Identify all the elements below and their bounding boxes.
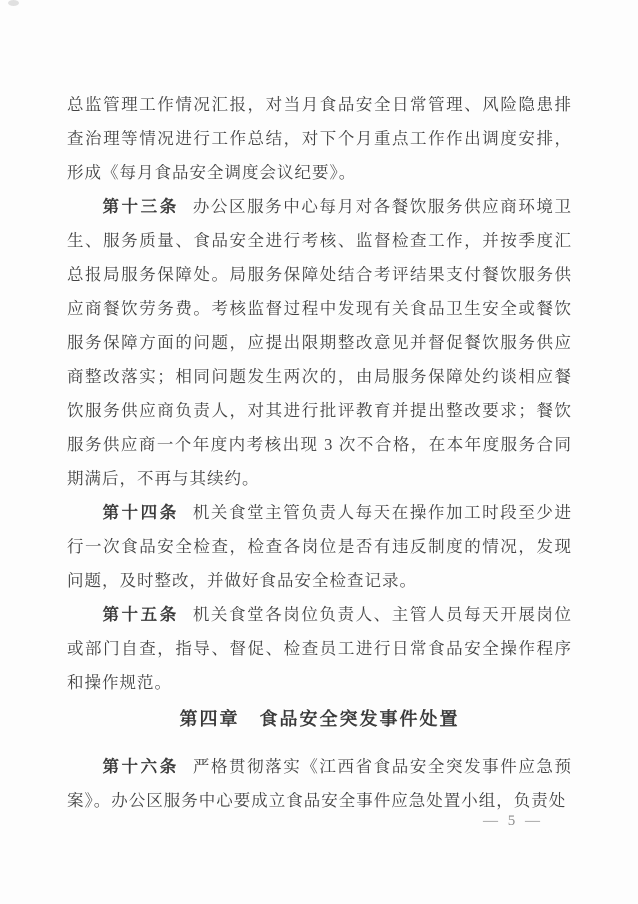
chapter-heading: 第四章 食品安全突发事件处置	[67, 702, 572, 736]
paragraph-article-14: 第十四条机关食堂主管负责人每天在操作加工时段至少进行一次食品安全检查，检查各岗位…	[67, 496, 572, 598]
article-14-number: 第十四条	[102, 504, 178, 522]
paragraph-article-15: 第十五条机关食堂各岗位负责人、主管人员每天开展岗位或部门自查，指导、督促、检查员…	[67, 598, 572, 700]
scanned-document-page: 总监管理工作情况汇报，对当月食品安全日常管理、风险隐患排查治理等情况进行工作总结…	[0, 0, 638, 904]
article-16-number: 第十六条	[102, 758, 178, 776]
paragraph-article-16: 第十六条严格贯彻落实《江西省食品安全突发事件应急预案》。办公区服务中心要成立食品…	[67, 750, 572, 818]
paragraph-article-13: 第十三条办公区服务中心每月对各餐饮服务供应商环境卫生、服务质量、食品安全进行考核…	[67, 190, 572, 496]
scan-artifact	[8, 0, 19, 6]
document-body: 总监管理工作情况汇报，对当月食品安全日常管理、风险隐患排查治理等情况进行工作总结…	[67, 88, 572, 818]
article-13-number: 第十三条	[102, 198, 178, 216]
paragraph-continuation: 总监管理工作情况汇报，对当月食品安全日常管理、风险隐患排查治理等情况进行工作总结…	[67, 88, 572, 190]
page-number: — 5 —	[483, 810, 543, 832]
article-15-number: 第十五条	[102, 606, 178, 624]
article-13-text: 办公区服务中心每月对各餐饮服务供应商环境卫生、服务质量、食品安全进行考核、监督检…	[67, 197, 572, 488]
